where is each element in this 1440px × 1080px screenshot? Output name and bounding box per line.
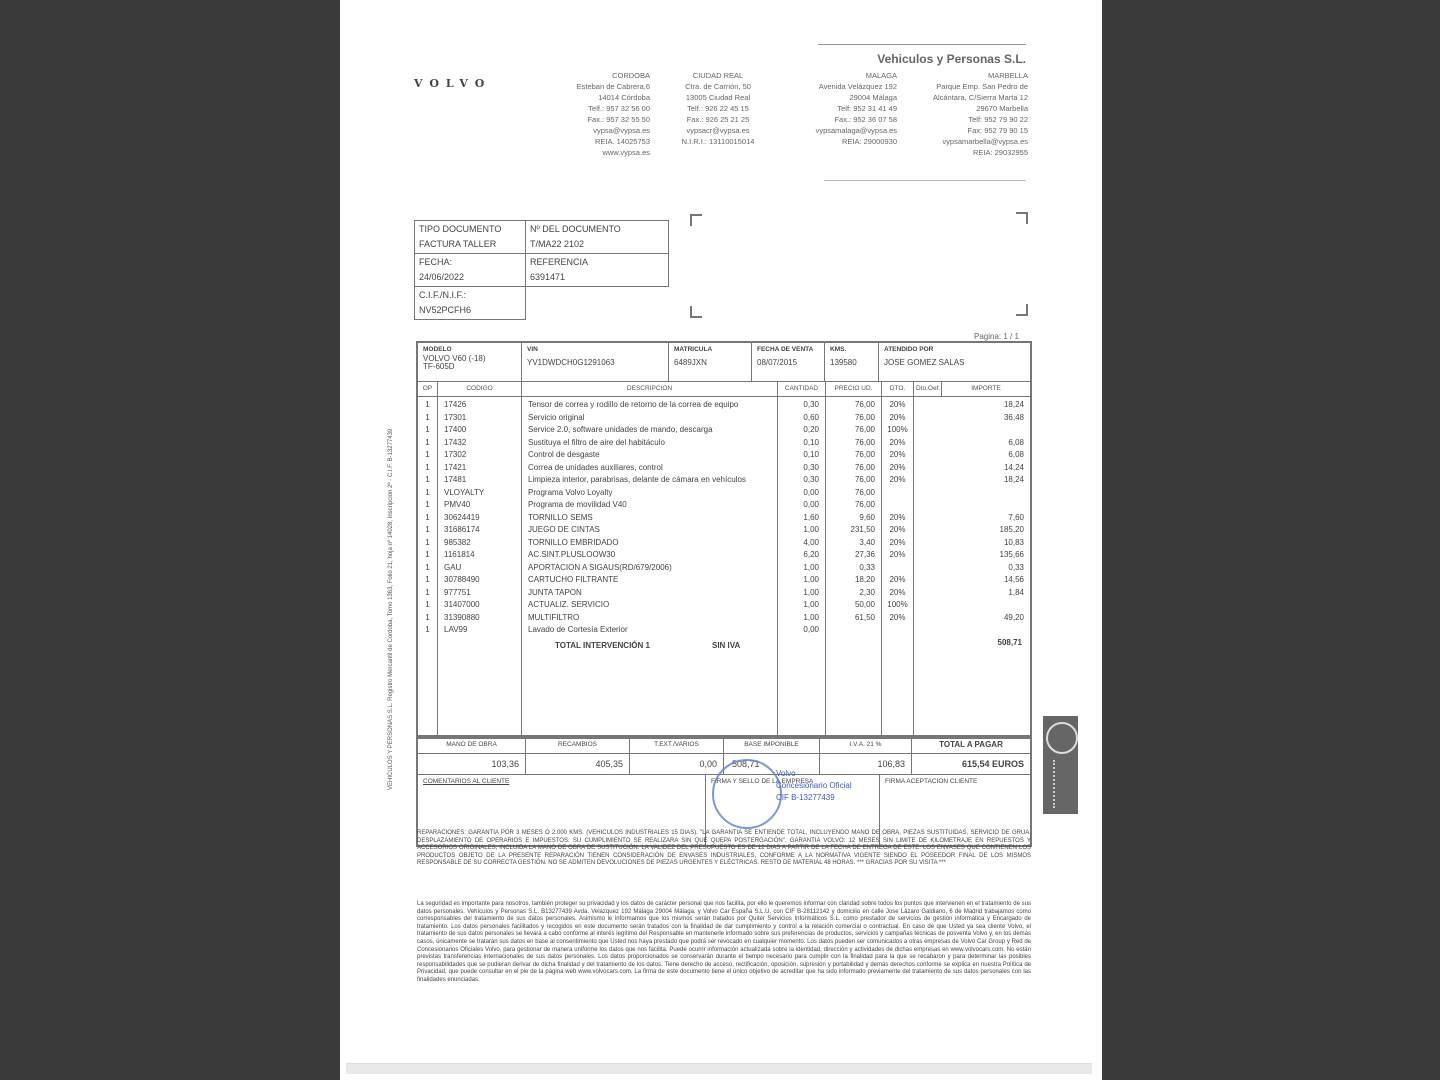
table-cell-codigo: 17432 [444, 437, 521, 450]
office-marbella: MARBELLA Parque Emp. San Pedro de Alcánt… [916, 70, 1028, 158]
page-number: Pagina: 1 / 1 [974, 332, 1019, 341]
modelo-value-2: TF-605D [423, 363, 516, 371]
table-cell-dto: 20% [882, 449, 913, 462]
table-cell-precio: 76,00 [826, 412, 875, 425]
table-cell-descripcion: CARTUCHO FILTRANTE [528, 574, 777, 587]
table-cell-dto: 20% [882, 462, 913, 475]
numero-documento-value: T/MA22 2102 [530, 237, 664, 252]
table-cell-precio: 0,33 [826, 562, 875, 575]
warranty-text: REPARACIONES: GARANTIA POR 3 MESES O 2.0… [417, 830, 1031, 868]
table-cell-cantidad: 0,00 [778, 624, 819, 637]
table-cell-importe: 7,60 [914, 512, 1024, 525]
table-cell-importe: 49,20 [914, 612, 1024, 625]
table-cell-descripcion: Limpieza interior, parabrisas, delante d… [528, 474, 777, 487]
numero-documento-cell: Nº DEL DOCUMENTO T/MA22 2102 [526, 221, 669, 254]
table-cell-codigo: PMV40 [444, 499, 521, 512]
table-cell-cantidad: 0,60 [778, 412, 819, 425]
table-cell-importe [914, 599, 1024, 612]
volvo-logo: VOLVO [414, 77, 491, 90]
kms-value: 139580 [830, 358, 873, 367]
referencia-cell: REFERENCIA 6391471 [526, 254, 669, 287]
sin-iva-label: SIN IVA [712, 641, 740, 650]
table-cell-codigo: 1161814 [444, 549, 521, 562]
table-cell-precio: 76,00 [826, 424, 875, 437]
table-cell-dto: 20% [882, 474, 913, 487]
table-cell-importe: 185,20 [914, 524, 1024, 537]
table-cell-importe [914, 499, 1024, 512]
table-cell-op: 1 [418, 524, 437, 537]
table-cell-dto [882, 487, 913, 500]
table-cell-dto: 20% [882, 587, 913, 600]
recambios-cell: RECAMBIOS 405,35 [526, 737, 630, 774]
mano-obra-value: 103,36 [418, 754, 525, 774]
table-cell-importe: 10,83 [914, 537, 1024, 550]
registry-text: VEHICULOS Y PERSONAS S.L. Registro Merca… [388, 429, 394, 790]
invoice-page: VOLVO Vehiculos y Personas S.L. CORDOBA … [340, 0, 1102, 1080]
table-cell-codigo: 17302 [444, 449, 521, 462]
table-cell-op: 1 [418, 599, 437, 612]
table-cell-op: 1 [418, 399, 437, 412]
fecha-cell: FECHA: 24/06/2022 [415, 254, 526, 287]
table-cell-dto: 20% [882, 524, 913, 537]
table-cell-precio: 231,50 [826, 524, 875, 537]
table-cell-op: 1 [418, 537, 437, 550]
table-cell-cantidad: 0,00 [778, 487, 819, 500]
table-cell-descripcion: Lavado de Cortesía Exterior [528, 624, 777, 637]
fecha-value: 24/06/2022 [419, 270, 521, 285]
matricula-value: 6489JXN [674, 358, 746, 367]
table-cell-descripcion: Sustituya el filtro de aire del habitácu… [528, 437, 777, 450]
table-cell-dto: 20% [882, 574, 913, 587]
table-cell-cantidad: 6,20 [778, 549, 819, 562]
table-cell-precio [826, 624, 875, 637]
table-cell-op: 1 [418, 587, 437, 600]
table-cell-op: 1 [418, 437, 437, 450]
table-cell-precio: 61,50 [826, 612, 875, 625]
total-pagar-cell: TOTAL A PAGAR 615,54 EUROS [912, 737, 1030, 774]
table-cell-importe: 14,56 [914, 574, 1024, 587]
table-cell-dto: 100% [882, 424, 913, 437]
atendido-cell: ATENDIDO POR JOSE GOMEZ SALAS [879, 343, 1030, 381]
column-header-codigo: CODIGO [438, 382, 522, 396]
office-ciudad-real: CIUDAD REAL Ctra. de Carrión, 50 13005 C… [670, 70, 766, 147]
table-cell-op: 1 [418, 424, 437, 437]
table-cell-importe: 6,08 [914, 449, 1024, 462]
table-cell-codigo: 985382 [444, 537, 521, 550]
column-op: 1111111111111111111 [418, 397, 438, 737]
column-header-cantidad: CANTIDAD [778, 382, 826, 396]
certification-seal [1043, 716, 1078, 814]
table-cell-descripcion: Servicio original [528, 412, 777, 425]
matricula-cell: MATRICULA 6489JXN [669, 343, 752, 381]
table-cell-importe: 36,48 [914, 412, 1024, 425]
table-cell-descripcion: AC.SINT.PLUSLOOW30 [528, 549, 777, 562]
company-stamp: Volvo Concesionario Oficial CIF B-132774… [710, 755, 870, 835]
table-cell-op: 1 [418, 487, 437, 500]
table-cell-importe [914, 624, 1024, 637]
table-cell-op: 1 [418, 474, 437, 487]
table-cell-precio: 76,00 [826, 449, 875, 462]
column-header-op: OP [418, 382, 438, 396]
table-cell-cantidad: 1,00 [778, 574, 819, 587]
table-cell-cantidad: 1,00 [778, 562, 819, 575]
total-pagar-value: 615,54 EUROS [912, 754, 1030, 774]
table-cell-dto: 20% [882, 612, 913, 625]
table-cell-dto: 20% [882, 437, 913, 450]
table-body: 1111111111111111111 17426173011740017432… [418, 397, 1030, 737]
company-name: Vehiculos y Personas S.L. [877, 52, 1026, 66]
vin-value: YV1DWDCH0G1291063 [527, 358, 663, 367]
column-cantidad: 0,300,600,200,100,100,300,300,000,001,60… [778, 397, 826, 737]
table-cell-importe: 18,24 [914, 474, 1024, 487]
table-cell-cantidad: 1,00 [778, 599, 819, 612]
stamp-circle [712, 759, 782, 829]
fecha-venta-value: 08/07/2015 [757, 358, 819, 367]
table-cell-importe [914, 424, 1024, 437]
address-window-corner [690, 306, 702, 318]
table-cell-cantidad: 0,20 [778, 424, 819, 437]
table-cell-codigo: 31390880 [444, 612, 521, 625]
table-cell-cantidad: 0,00 [778, 499, 819, 512]
table-cell-dto [882, 624, 913, 637]
table-cell-op: 1 [418, 412, 437, 425]
referencia-value: 6391471 [530, 270, 664, 285]
kms-cell: KMS. 139580 [825, 343, 879, 381]
table-cell-precio: 2,30 [826, 587, 875, 600]
table-cell-precio: 76,00 [826, 462, 875, 475]
table-cell-codigo: 17400 [444, 424, 521, 437]
table-cell-descripcion: Control de desgaste [528, 449, 777, 462]
document-info-box: TIPO DOCUMENTO FACTURA TALLER Nº DEL DOC… [414, 220, 669, 320]
atendido-value: JOSE GOMEZ SALAS [884, 358, 1025, 367]
table-cell-descripcion: MULTIFILTRO [528, 612, 777, 625]
column-header-dto-oef: Dto.Oef. [914, 382, 942, 396]
address-window-corner [1016, 304, 1028, 316]
table-cell-cantidad: 0,30 [778, 474, 819, 487]
vehicle-header: MODELO VOLVO V60 (-18) TF-605D VIN YV1DW… [418, 343, 1030, 382]
table-cell-descripcion: Programa de movilidad V40 [528, 499, 777, 512]
invoice-table: MODELO VOLVO V60 (-18) TF-605D VIN YV1DW… [416, 341, 1032, 739]
table-cell-codigo: 977751 [444, 587, 521, 600]
column-precio: 76,0076,0076,0076,0076,0076,0076,0076,00… [826, 397, 882, 737]
table-cell-op: 1 [418, 512, 437, 525]
office-cordoba: CORDOBA Esteban de Cabrera,6 14014 Córdo… [556, 70, 650, 158]
total-intervencion-value: 508,71 [960, 638, 1022, 647]
table-cell-op: 1 [418, 624, 437, 637]
column-header-importe: IMPORTE [942, 382, 1030, 396]
address-window-corner [1016, 212, 1028, 224]
table-cell-precio: 3,40 [826, 537, 875, 550]
table-cell-importe: 0,33 [914, 562, 1024, 575]
table-cell-cantidad: 0,30 [778, 399, 819, 412]
table-cell-precio: 76,00 [826, 487, 875, 500]
table-cell-importe: 135,66 [914, 549, 1024, 562]
table-cell-dto: 20% [882, 399, 913, 412]
table-cell-codigo: 31407000 [444, 599, 521, 612]
page-bottom-edge [346, 1063, 1092, 1074]
table-cell-op: 1 [418, 562, 437, 575]
table-cell-op: 1 [418, 612, 437, 625]
table-cell-precio: 18,20 [826, 574, 875, 587]
tipo-documento-value: FACTURA TALLER [419, 237, 521, 252]
column-importe: 18,2436,486,086,0814,2418,247,60185,2010… [914, 397, 1030, 737]
table-cell-precio: 50,00 [826, 599, 875, 612]
table-cell-dto: 20% [882, 537, 913, 550]
table-cell-cantidad: 1,00 [778, 524, 819, 537]
table-cell-descripcion: APORTACION A SIGAUS(RD/679/2006) [528, 562, 777, 575]
column-codigo: 17426173011740017432173021742117481VLOYA… [438, 397, 522, 737]
table-cell-codigo: 17421 [444, 462, 521, 475]
table-cell-descripcion: Tensor de correa y rodillo de retorno de… [528, 399, 777, 412]
column-dto: 20%20%100%20%20%20%20%20%20%20%20%20%20%… [882, 397, 914, 737]
table-cell-cantidad: 4,00 [778, 537, 819, 550]
table-cell-descripcion: TORNILLO EMBRIDADO [528, 537, 777, 550]
column-header-descripcion: DESCRIPCION [522, 382, 778, 396]
table-cell-op: 1 [418, 462, 437, 475]
header-rule [818, 44, 1026, 45]
table-cell-precio: 76,00 [826, 474, 875, 487]
table-cell-codigo: 30624419 [444, 512, 521, 525]
column-header-precio: PRECIO UD. [826, 382, 882, 396]
table-cell-cantidad: 0,10 [778, 437, 819, 450]
table-cell-dto: 20% [882, 512, 913, 525]
table-cell-descripcion: JUNTA TAPON [528, 587, 777, 600]
table-cell-dto [882, 499, 913, 512]
table-cell-dto [882, 562, 913, 575]
table-cell-codigo: GAU [444, 562, 521, 575]
fecha-venta-cell: FECHA DE VENTA 08/07/2015 [752, 343, 825, 381]
table-cell-op: 1 [418, 499, 437, 512]
cif-value: NV52PCFH6 [419, 303, 521, 318]
recambios-value: 405,35 [526, 754, 629, 774]
office-malaga: MALAGA Avenida Velázquez 192 29004 Málag… [795, 70, 897, 147]
header-bottom-rule [824, 180, 1026, 181]
table-cell-precio: 76,00 [826, 499, 875, 512]
table-cell-importe: 18,24 [914, 399, 1024, 412]
table-cell-importe: 14,24 [914, 462, 1024, 475]
table-cell-cantidad: 1,00 [778, 587, 819, 600]
table-cell-dto: 20% [882, 549, 913, 562]
table-cell-codigo: 17301 [444, 412, 521, 425]
column-descripcion: Tensor de correa y rodillo de retorno de… [522, 397, 778, 737]
table-cell-descripcion: TORNILLO SEMS [528, 512, 777, 525]
cif-cell: C.I.F./N.I.F.: NV52PCFH6 [415, 287, 526, 320]
table-cell-importe [914, 487, 1024, 500]
address-window-corner [690, 214, 702, 226]
table-cell-descripcion: Service 2.0, software unidades de mando,… [528, 424, 777, 437]
table-cell-codigo: 31686174 [444, 524, 521, 537]
vin-cell: VIN YV1DWDCH0G1291063 [522, 343, 669, 381]
table-cell-op: 1 [418, 574, 437, 587]
table-cell-codigo: 17426 [444, 399, 521, 412]
table-cell-descripcion: Correa de unidades auxiliares, control [528, 462, 777, 475]
privacy-text: La seguridad es importante para nosotros… [417, 901, 1031, 985]
table-cell-precio: 76,00 [826, 399, 875, 412]
table-cell-codigo: VLOYALTY [444, 487, 521, 500]
column-header-dto: DTO. [882, 382, 914, 396]
table-cell-descripcion: ACTUALIZ. SERVICIO [528, 599, 777, 612]
table-cell-importe: 6,08 [914, 437, 1024, 450]
table-cell-precio: 76,00 [826, 437, 875, 450]
table-cell-dto: 20% [882, 412, 913, 425]
table-cell-codigo: 17481 [444, 474, 521, 487]
tipo-documento-cell: TIPO DOCUMENTO FACTURA TALLER [415, 221, 526, 254]
mano-obra-cell: MANO DE OBRA 103,36 [418, 737, 526, 774]
table-cell-descripcion: JUEGO DE CINTAS [528, 524, 777, 537]
table-cell-precio: 9,60 [826, 512, 875, 525]
table-cell-cantidad: 0,10 [778, 449, 819, 462]
table-cell-codigo: LAV99 [444, 624, 521, 637]
table-cell-dto: 100% [882, 599, 913, 612]
table-column-headers: OP CODIGO DESCRIPCION CANTIDAD PRECIO UD… [418, 382, 1030, 397]
table-cell-cantidad: 1,60 [778, 512, 819, 525]
table-cell-codigo: 30788490 [444, 574, 521, 587]
table-cell-importe: 1,84 [914, 587, 1024, 600]
total-intervencion-label: TOTAL INTERVENCIÓN 1 [555, 641, 650, 650]
modelo-cell: MODELO VOLVO V60 (-18) TF-605D [418, 343, 522, 381]
table-cell-descripcion: Programa Volvo Loyalty [528, 487, 777, 500]
table-cell-cantidad: 0,30 [778, 462, 819, 475]
table-cell-op: 1 [418, 549, 437, 562]
table-cell-precio: 27,36 [826, 549, 875, 562]
table-cell-cantidad: 1,00 [778, 612, 819, 625]
table-cell-op: 1 [418, 449, 437, 462]
